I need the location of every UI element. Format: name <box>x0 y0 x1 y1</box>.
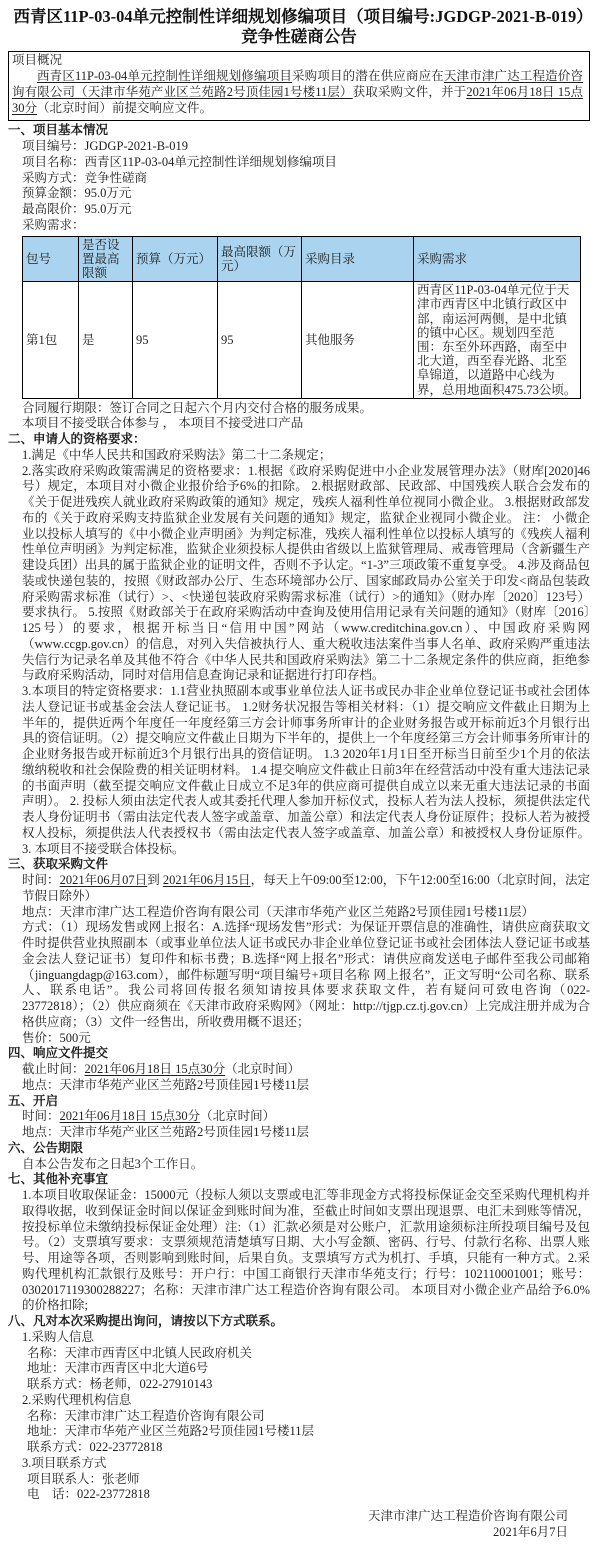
paragraph: 地点：天津市华苑产业区兰苑路2号顶佳园1号楼11层 <box>22 1078 590 1094</box>
section-heading: 七、其他补充事宜 <box>8 1172 590 1188</box>
footer-company: 天津市津广达工程造价咨询有限公司 <box>8 1509 568 1525</box>
section-qualifications: 二、申请人的资格要求：1.满足《中华人民共和国政府采购法》第二十二条规定；2.落… <box>8 432 590 857</box>
table-header-cell: 最高限额（万元） <box>218 236 302 282</box>
section-contact-info: 八、凡对本次采购提出询问，请按以下方式联系。1.采购人信息名称：天津市西青区中北… <box>8 1314 590 1503</box>
table-row: 第1包是9595其他服务西青区11P-03-04单元位于天津市西青区中北镇行政区… <box>23 282 581 399</box>
paragraph: 项目名称：西青区11P-03-04单元控制性详细规划修编项目 <box>22 155 590 171</box>
paragraph: 合同履行期限：签订合同之日起六个月内交付合格的服务成果。 <box>22 401 590 417</box>
paragraph: 电 话：022-23772818 <box>27 1487 590 1503</box>
paragraph: 1.本项目收取保证金：15000元（投标人须以支票或电汇等非现金方式将投标保证金… <box>22 1188 590 1314</box>
table-cell: 95 <box>133 282 218 399</box>
underlined-text: 西青区11P-03-04单元控制性详细规划修编项目 <box>37 69 292 83</box>
paragraph: 2.落实政府采购政策需满足的资格要求：1.根据《政府采购促进中小企业发展管理办法… <box>22 464 590 685</box>
footer-date: 2021年6月7日 <box>8 1525 568 1541</box>
section-heading: 一、项目基本情况 <box>8 123 590 139</box>
paragraph: 截止时间：2021年06月18日 15点30分（北京时间） <box>22 1062 590 1078</box>
paragraph: 地址：天津市华苑产业区兰苑路2号顶佳园1号楼11层 <box>27 1424 590 1440</box>
paragraph: 项目联系人：张老师 <box>27 1472 590 1488</box>
paragraph: 2.采购代理机构信息 <box>22 1393 590 1409</box>
paragraph: 售价：500元 <box>22 1031 590 1047</box>
overview-paragraph: 西青区11P-03-04单元控制性详细规划修编项目采购项目的潜在供应商应在天津市… <box>12 69 583 116</box>
section-heading: 五、开启 <box>8 1094 590 1110</box>
table-cell: 第1包 <box>23 282 79 399</box>
paragraph: 3.本项目的特定资格要求：1.1营业执照副本或事业单位法人证书或民办非企业单位登… <box>22 684 590 857</box>
paragraph: 采购需求： <box>22 218 590 234</box>
paragraph: 地址：天津市西青区中北大道6号 <box>27 1361 590 1377</box>
paragraph: 时间：2021年06月07日到 2021年06月15日，每天上午09:00至12… <box>22 873 590 905</box>
section-announcement-period: 六、公告期限自本公告发布之日起3个工作日。 <box>8 1141 590 1173</box>
paragraph: 预算金额：95.0万元 <box>22 186 590 202</box>
paragraph: 方式：（1）现场发售或网上报名：A.选择“现场发售”形式：为保证开票信息的准确性… <box>22 920 590 1030</box>
paragraph: 采购方式：竞争性磋商 <box>22 171 590 187</box>
overview-label: 项目概况 <box>12 53 583 69</box>
underlined-text: 2021年06月07日 <box>60 873 148 887</box>
table-cell: 是 <box>79 282 133 399</box>
paragraph: 名称：天津市西青区中北镇人民政府机关 <box>27 1346 590 1362</box>
paragraph: 时间：2021年06月18日 15点30分（北京时间） <box>22 1109 590 1125</box>
table-header-cell: 采购目录 <box>302 236 414 282</box>
paragraph: 地点：天津市华苑产业区兰苑路2号顶佳园1号楼11层 <box>22 1125 590 1141</box>
table-cell: 西青区11P-03-04单元位于天津市西青区中北镇行政区中部，南运河两侧，是中北… <box>414 282 581 399</box>
table-cell: 95 <box>218 282 302 399</box>
table-header-cell: 采购需求 <box>414 236 581 282</box>
paragraph: 本项目不接受联合体参与 ， 本项目不接受进口产品 <box>22 416 590 432</box>
paragraph: 项目编号：JGDGP-2021-B-019 <box>22 139 590 155</box>
paragraph: 地点：天津市津广达工程造价咨询有限公司（天津市华苑产业区兰苑路2号顶佳园1号楼1… <box>22 905 590 921</box>
document-sections: 一、项目基本情况项目编号：JGDGP-2021-B-019项目名称：西青区11P… <box>8 123 590 1503</box>
underlined-text: 2021年06月18日 15点30分 <box>85 1062 226 1076</box>
table-header-cell: 预算（万元） <box>133 236 218 282</box>
paragraph: 自本公告发布之日起3个工作日。 <box>22 1157 590 1173</box>
project-overview-box: 项目概况 西青区11P-03-04单元控制性详细规划修编项目采购项目的潜在供应商… <box>8 51 590 121</box>
section-other-matters: 七、其他补充事宜1.本项目收取保证金：15000元（投标人须以支票或电汇等非现金… <box>8 1172 590 1314</box>
section-heading: 二、申请人的资格要求： <box>8 432 590 448</box>
paragraph: 1.满足《中华人民共和国政府采购法》第二十二条规定； <box>22 448 590 464</box>
paragraph: 3.项目联系方式 <box>22 1456 590 1472</box>
paragraph: 联系方式：022-23772818 <box>27 1440 590 1456</box>
underlined-text: 2021年06月18日 15点30分 <box>60 1109 201 1123</box>
table-header-cell: 包号 <box>23 236 79 282</box>
paragraph: 1.采购人信息 <box>22 1330 590 1346</box>
table-cell: 其他服务 <box>302 282 414 399</box>
page-title: 西青区11P-03-04单元控制性详细规划修编项目（项目编号:JGDGP-202… <box>10 7 588 47</box>
section-heading: 四、响应文件提交 <box>8 1046 590 1062</box>
document-page: 西青区11P-03-04单元控制性详细规划修编项目（项目编号:JGDGP-202… <box>0 0 600 1553</box>
table-header-row: 包号是否设置最高限额预算（万元）最高限额（万元）采购目录采购需求 <box>23 236 581 282</box>
paragraph: 最高限价：95.0万元 <box>22 202 590 218</box>
section-opening: 五、开启时间：2021年06月18日 15点30分（北京时间）地点：天津市华苑产… <box>8 1094 590 1141</box>
section-obtain-documents: 三、获取采购文件时间：2021年06月07日到 2021年06月15日，每天上午… <box>8 857 590 1046</box>
underlined-text: 2021年06月15日 <box>163 873 251 887</box>
document-footer: 天津市津广达工程造价咨询有限公司 2021年6月7日 <box>8 1509 590 1541</box>
section-response-submission: 四、响应文件提交截止时间：2021年06月18日 15点30分（北京时间）地点：… <box>8 1046 590 1093</box>
section-basic-info: 一、项目基本情况项目编号：JGDGP-2021-B-019项目名称：西青区11P… <box>8 123 590 432</box>
section-heading: 三、获取采购文件 <box>8 857 590 873</box>
paragraph: 联系方式：杨老师，022-27910143 <box>27 1377 590 1393</box>
procurement-table: 包号是否设置最高限额预算（万元）最高限额（万元）采购目录采购需求第1包是9595… <box>22 236 581 399</box>
section-heading: 六、公告期限 <box>8 1141 590 1157</box>
paragraph: 名称：天津市津广达工程造价咨询有限公司 <box>27 1409 590 1425</box>
table-header-cell: 是否设置最高限额 <box>79 236 133 282</box>
section-heading: 八、凡对本次采购提出询问，请按以下方式联系。 <box>8 1314 590 1330</box>
